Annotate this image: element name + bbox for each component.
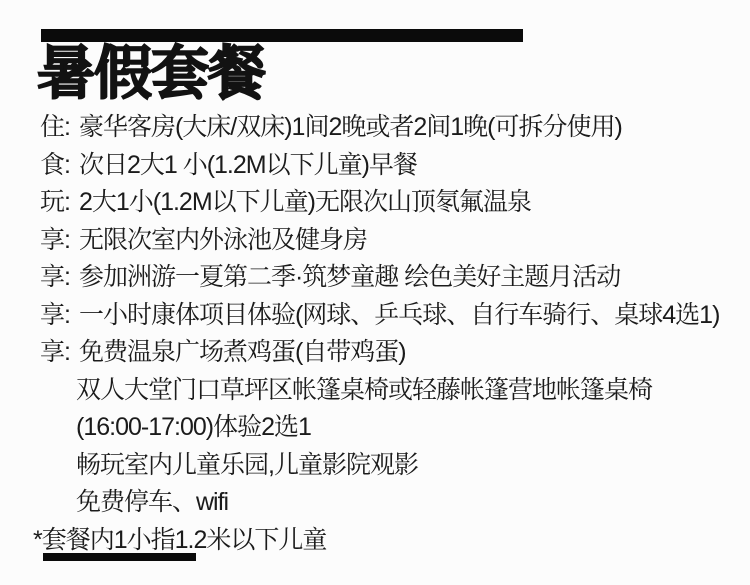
line-text: 豪华客房(大床/双床)1间2晚或者2间1晚(可拆分使用) (79, 113, 622, 141)
package-subline-time: (16:00-17:00)体验2选1 (40, 409, 720, 447)
line-label: 享: (40, 301, 70, 329)
line-text: 一小时康体项目体验(网球、乒乓球、自行车骑行、桌球4选1) (79, 301, 719, 329)
line-label: 享: (40, 338, 70, 366)
package-line-enjoy-sports: 享:一小时康体项目体验(网球、乒乓球、自行车骑行、桌球4选1) (40, 297, 720, 335)
package-details: 住:豪华客房(大床/双床)1间2晚或者2间1晚(可拆分使用) 食:次日2大1 小… (40, 109, 720, 559)
package-subline-parking-wifi: 免费停车、wifi (40, 484, 720, 522)
package-line-enjoy-eggs: 享:免费温泉广场煮鸡蛋(自带鸡蛋) (40, 334, 720, 372)
package-line-food: 食:次日2大1 小(1.2M以下儿童)早餐 (40, 147, 720, 185)
line-label: 享: (40, 226, 70, 254)
page-title: 暑假套餐 (37, 42, 265, 105)
package-line-enjoy-pool: 享:无限次室内外泳池及健身房 (40, 222, 720, 260)
package-subline-tent: 双人大堂门口草坪区帐篷桌椅或轻藤帐篷营地帐篷桌椅 (40, 372, 720, 410)
line-text: 次日2大1 小(1.2M以下儿童)早餐 (79, 151, 417, 179)
line-label: 食: (40, 151, 70, 179)
line-text: 双人大堂门口草坪区帐篷桌椅或轻藤帐篷营地帐篷桌椅 (76, 376, 652, 404)
line-label: 玩: (40, 188, 70, 216)
package-line-stay: 住:豪华客房(大床/双床)1间2晚或者2间1晚(可拆分使用) (40, 109, 720, 147)
line-text: 2大1小(1.2M以下儿童)无限次山顶氡氟温泉 (79, 188, 531, 216)
package-line-play: 玩:2大1小(1.2M以下儿童)无限次山顶氡氟温泉 (40, 184, 720, 222)
bottom-divider-bar (43, 553, 196, 561)
package-line-enjoy-theme-month: 享:参加洲游一夏第二季·筑梦童趣 绘色美好主题月活动 (40, 259, 720, 297)
line-label: 享: (40, 263, 70, 291)
line-label: 住: (40, 113, 70, 141)
line-text: (16:00-17:00)体验2选1 (76, 413, 311, 441)
line-text: 畅玩室内儿童乐园,儿童影院观影 (76, 451, 418, 479)
line-text: 免费停车、wifi (76, 488, 228, 516)
line-text: 无限次室内外泳池及健身房 (79, 226, 367, 254)
package-subline-kids: 畅玩室内儿童乐园,儿童影院观影 (40, 447, 720, 485)
line-text: 免费温泉广场煮鸡蛋(自带鸡蛋) (79, 338, 406, 366)
line-text: 参加洲游一夏第二季·筑梦童趣 绘色美好主题月活动 (79, 263, 620, 291)
flyer-page: 暑假套餐 住:豪华客房(大床/双床)1间2晚或者2间1晚(可拆分使用) 食:次日… (0, 0, 750, 585)
